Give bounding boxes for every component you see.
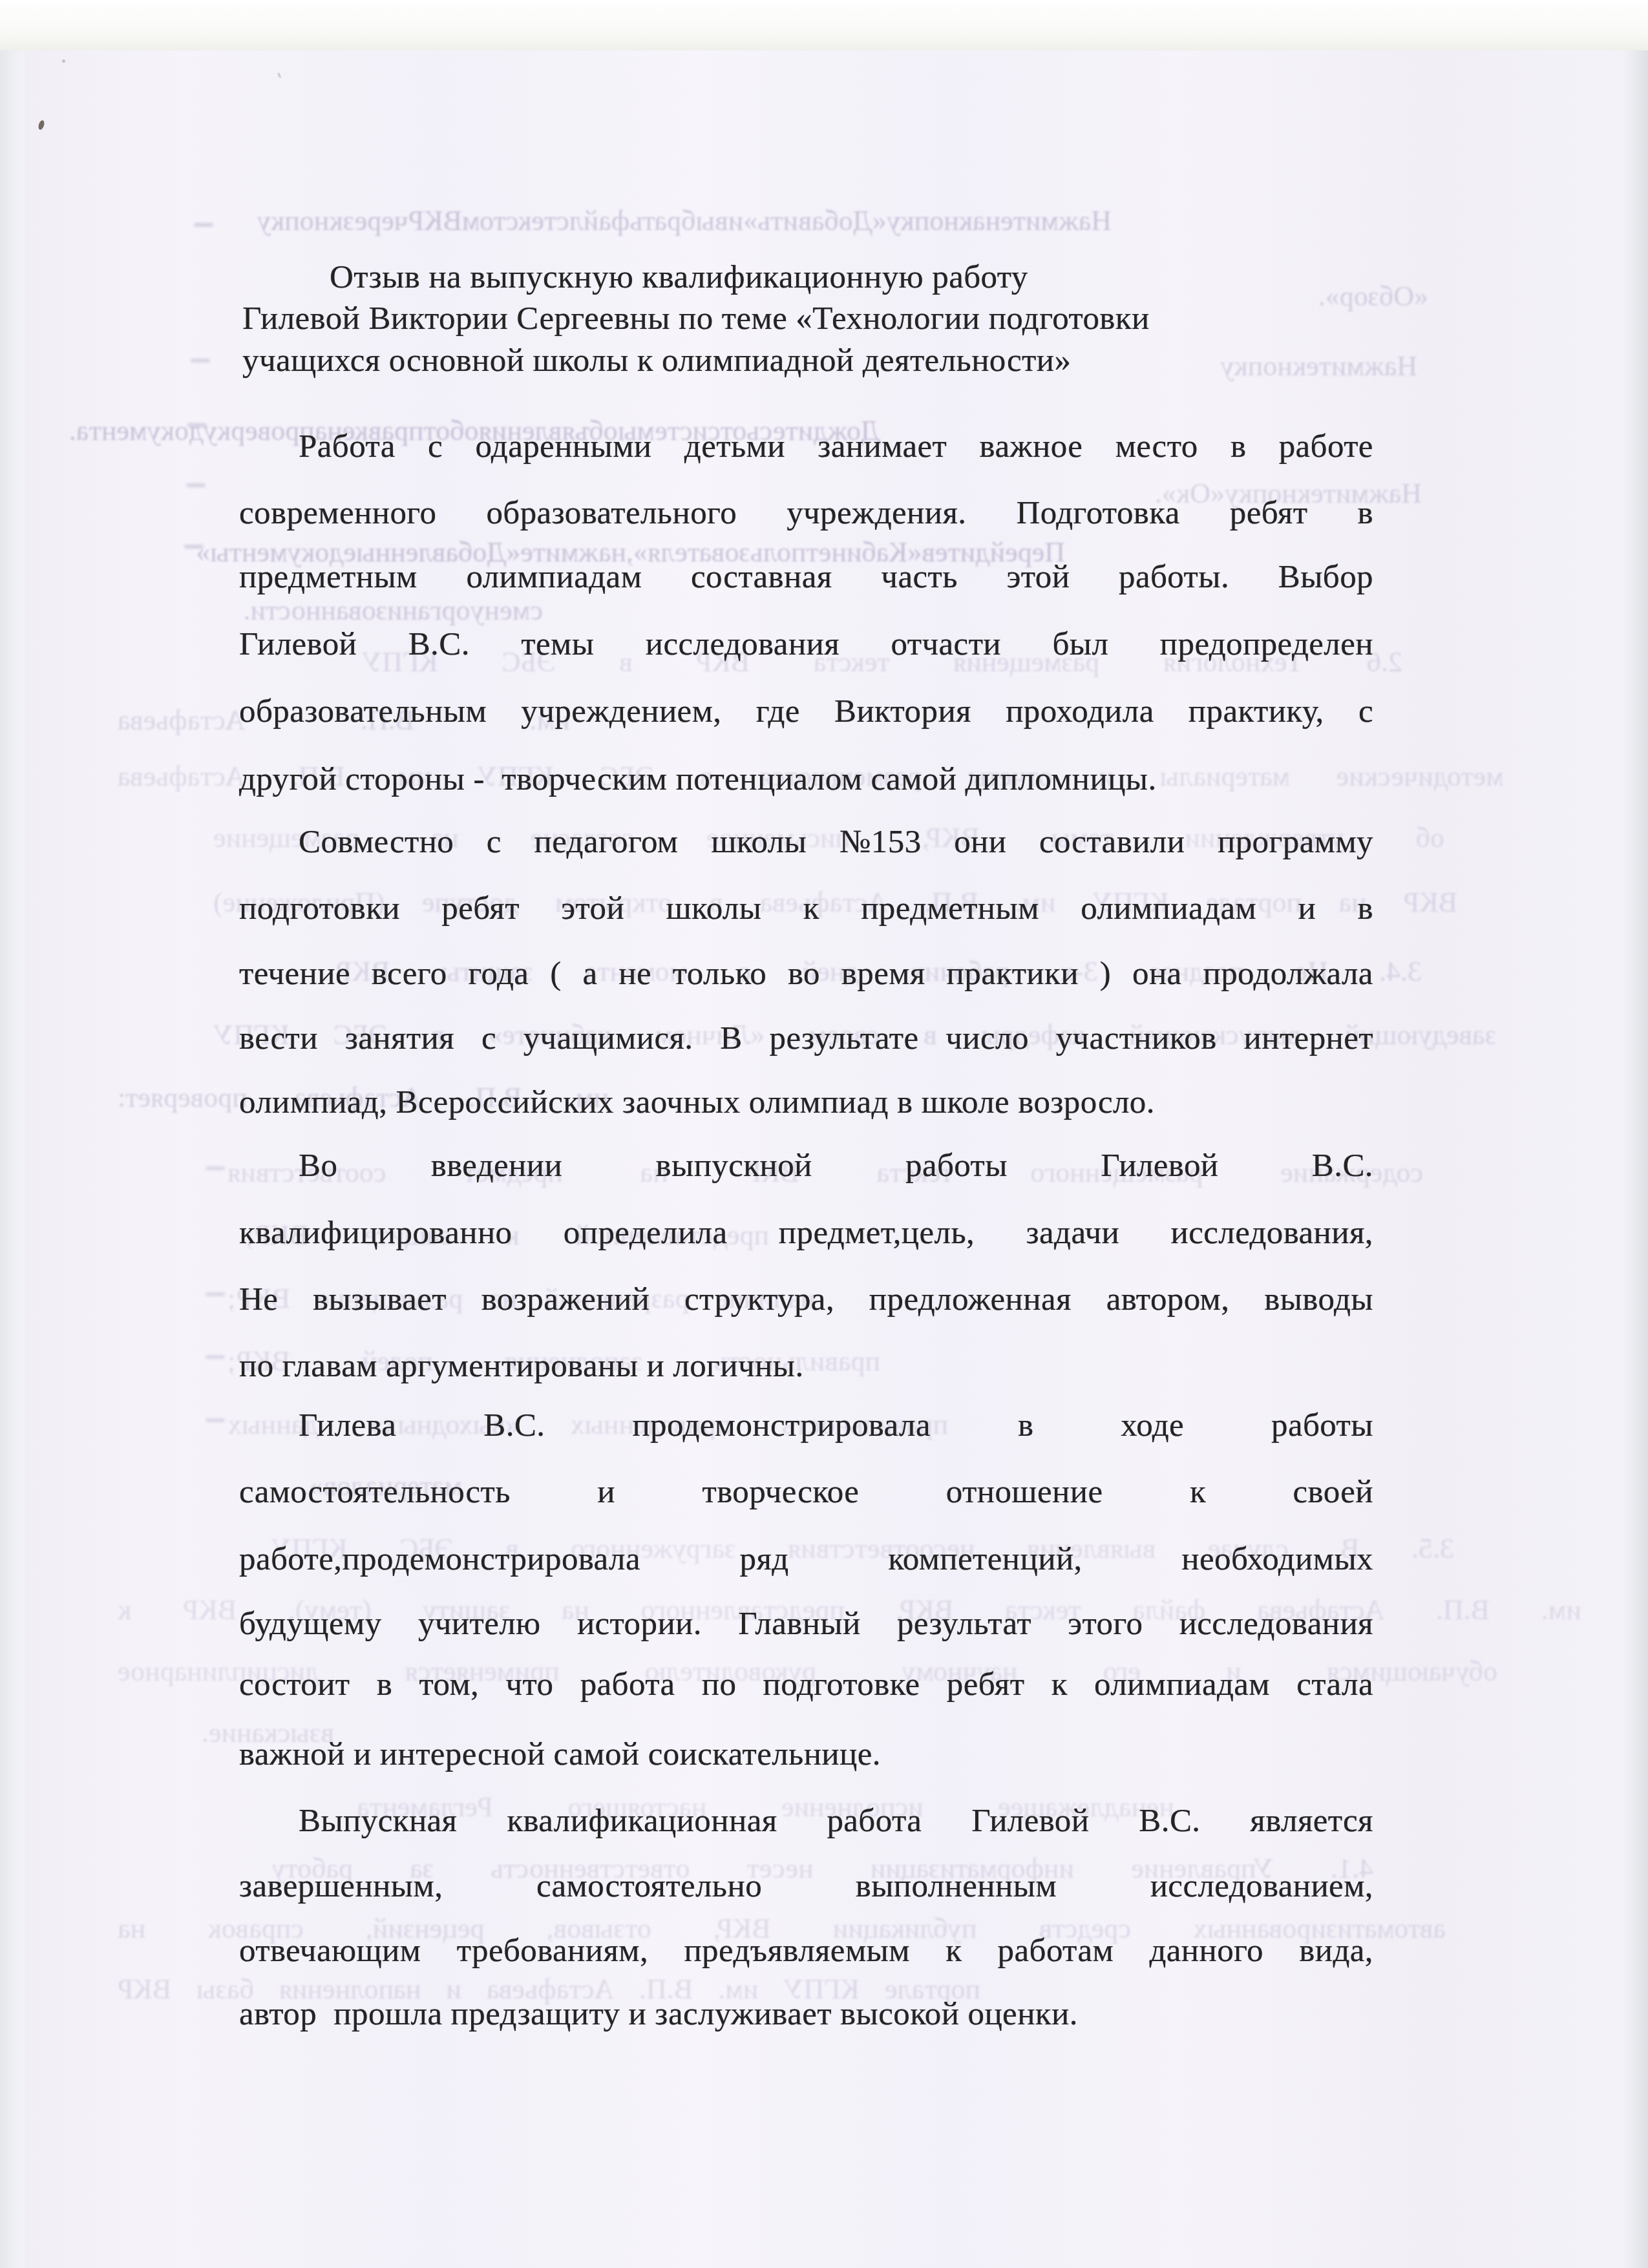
scanned-document-page: Нажмитенакнопку«Добавить»ивыбратьфайлсте… xyxy=(0,0,1648,2268)
scan-speck xyxy=(62,59,65,63)
scan-speck xyxy=(277,72,281,79)
scan-artifact-layer xyxy=(0,0,1648,2268)
scan-speck xyxy=(37,120,45,131)
